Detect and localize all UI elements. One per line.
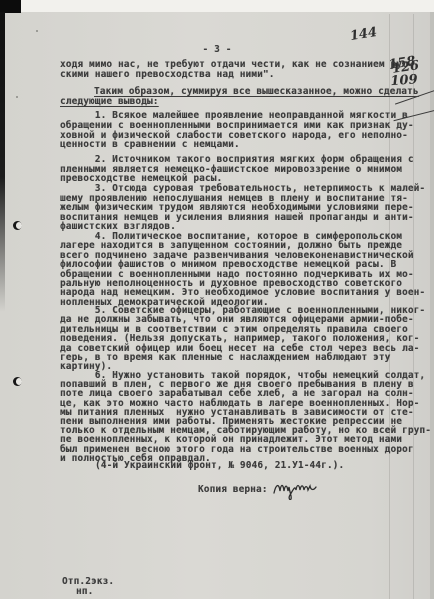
punch-hole bbox=[13, 377, 22, 386]
opening-paragraph: ходя мимо нас, не требуют отдачи чести, … bbox=[60, 60, 414, 79]
scan-left-edge-strip bbox=[0, 12, 5, 312]
paragraph-4: 4. Политическое воспитание, которое в си… bbox=[60, 232, 425, 307]
paper-speck bbox=[16, 96, 18, 98]
certification-label: Копия верна: bbox=[198, 485, 268, 495]
source-reference: (4-й Украинский фронт, № 9046, 21.У1-44г… bbox=[95, 461, 344, 471]
paragraph-3: 3. Отсюда суровая требовательность, нете… bbox=[60, 184, 425, 232]
signature-scribble bbox=[272, 478, 318, 500]
scan-right-edge-shade bbox=[430, 12, 434, 599]
scanned-document-page: { "page": { "page_number": "- 3 -", "han… bbox=[0, 0, 434, 599]
paragraph-6: 6. Нужно установить такой порядок, чтобы… bbox=[60, 371, 431, 463]
paragraph-1: 1. Всякое малейшее проявление неоправдан… bbox=[60, 111, 414, 150]
paragraph-5: 5. Советские офицеры, работающие с военн… bbox=[60, 306, 425, 372]
paper-speck bbox=[36, 30, 38, 32]
footer-initials: нп. bbox=[76, 587, 93, 597]
page-number: - 3 - bbox=[0, 44, 434, 55]
summary-heading-line2: следующие выводы: bbox=[60, 97, 159, 107]
punch-hole bbox=[13, 221, 22, 230]
paragraph-2: 2. Источником такого восприятия мягких ф… bbox=[60, 155, 414, 184]
